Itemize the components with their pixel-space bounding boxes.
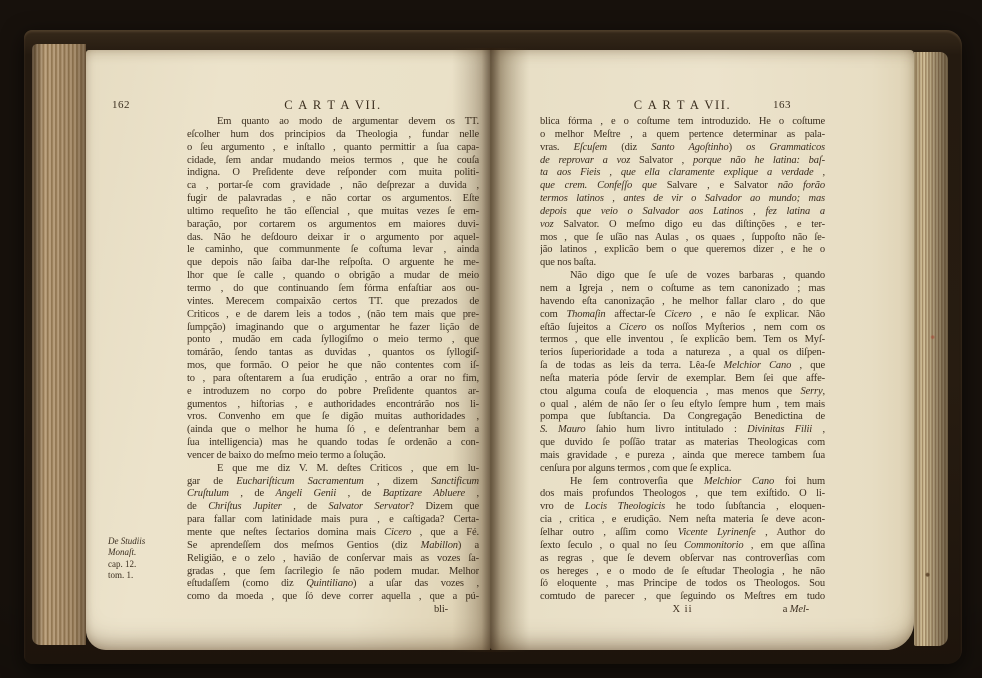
margin-note: De StudiisMonaſt.cap. 12.tom. 1.	[108, 536, 180, 582]
catchword-right: a Mel-	[783, 604, 825, 617]
book-photo: 162 C A R T A VII. De StudiisMonaſt.cap.…	[0, 0, 982, 678]
body-lines-right: blica fórma , e o coſtume tem introduzid…	[540, 116, 825, 604]
page-left: 162 C A R T A VII. De StudiisMonaſt.cap.…	[86, 50, 490, 650]
signature-row: X ii a Mel-	[540, 604, 825, 617]
page-right: C A R T A VII. 163 blica fórma , e o coſ…	[490, 50, 914, 650]
running-header-left: C A R T A VII.	[187, 98, 479, 113]
page-number-right: 163	[773, 99, 791, 111]
right-fore-edge-pages	[914, 52, 948, 646]
left-fore-edge-pages	[32, 44, 86, 645]
page-number-left: 162	[112, 99, 130, 111]
body-text-left: Em quanto ao modo de argumentar devem os…	[187, 116, 479, 617]
catchword-left: bli-	[187, 604, 479, 617]
body-lines-left: Em quanto ao modo de argumentar devem os…	[187, 116, 479, 604]
body-text-right: blica fórma , e o coſtume tem introduzid…	[540, 116, 825, 617]
